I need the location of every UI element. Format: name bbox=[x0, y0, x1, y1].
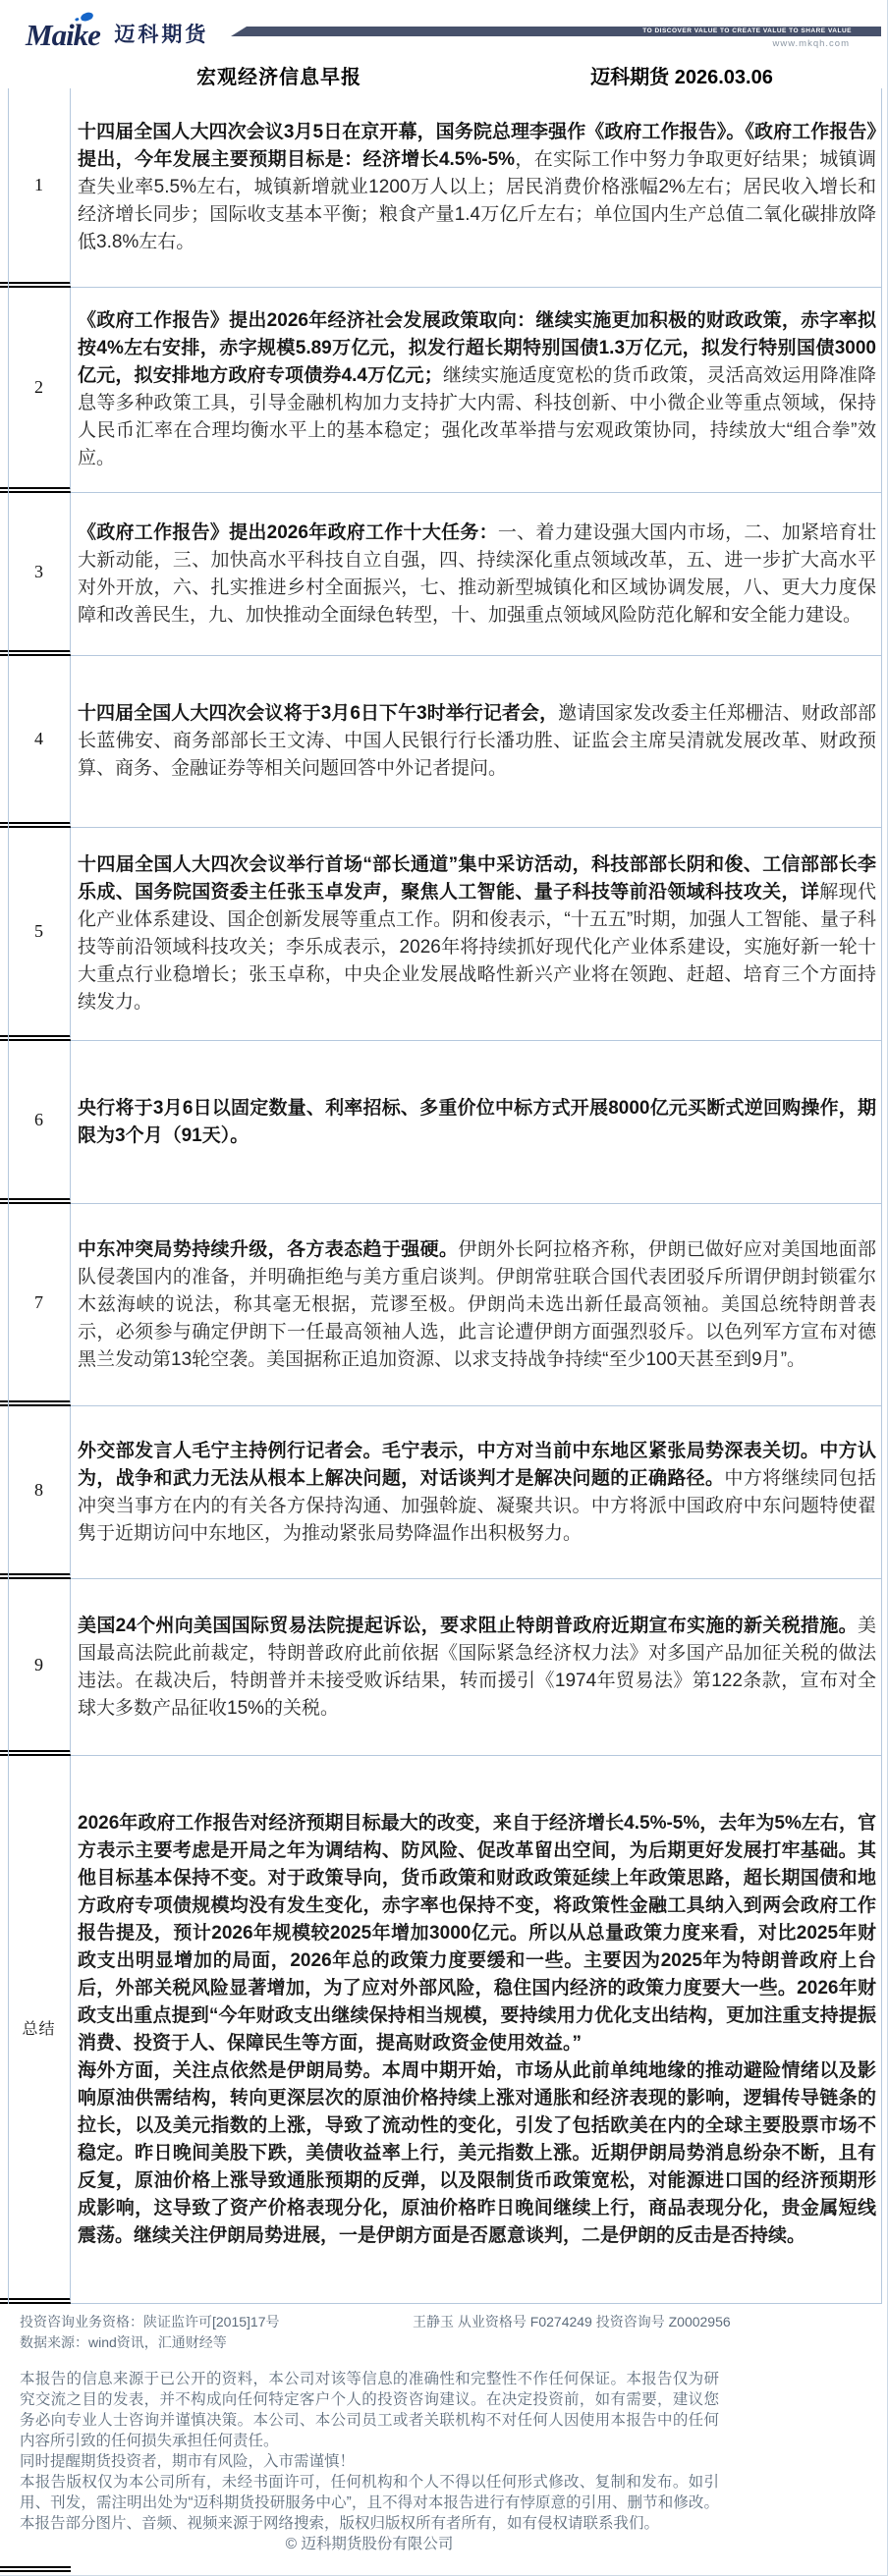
table-row: 4 十四届全国人大四次会议将于3月6日下午3时举行记者会，邀请国家发改委主任郑栅… bbox=[0, 656, 882, 828]
row-content: 美国24个州向美国国际贸易法院提起诉讼，要求阻止特朗普政府近期宣布实施的新关税措… bbox=[71, 1579, 882, 1756]
row-content: 中东冲突局势持续升级，各方表态趋于强硬。伊朗外长阿拉格齐称，伊朗已做好应对美国地… bbox=[71, 1204, 882, 1406]
row-content: 十四届全国人大四次会议举行首场“部长通道”集中采访活动，科技部部长阴和俊、工信部… bbox=[71, 828, 882, 1041]
row-number: 7 bbox=[0, 1204, 71, 1406]
page-title: 宏观经济信息早报 bbox=[196, 61, 361, 89]
row-bold-text: 十四届全国人大四次会议举行首场“部长通道”集中采访活动，科技部部长阴和俊、工信部… bbox=[78, 854, 876, 903]
summary-paragraph-1: 2026年政府工作报告对经济预期目标最大的改变，来自于经济增长4.5%-5%，去… bbox=[78, 1810, 876, 2057]
row-content: 《政府工作报告》提出2026年经济社会发展政策取向：继续实施更加积极的财政政策，… bbox=[71, 288, 882, 493]
row-number: 9 bbox=[0, 1579, 71, 1756]
table-row: 3 《政府工作报告》提出2026年政府工作十大任务：一、着力建设强大国内市场，二… bbox=[0, 493, 882, 656]
bottom-page-mark bbox=[0, 2566, 71, 2572]
table-row: 2 《政府工作报告》提出2026年经济社会发展政策取向：继续实施更加积极的财政政… bbox=[0, 288, 882, 493]
slogan-banner: TO DISCOVER VALUE TO CREATE VALUE TO SHA… bbox=[231, 27, 881, 36]
logo-text-en: Maike bbox=[26, 18, 100, 52]
row-content: 十四届全国人大四次会议3月5日在京开幕，国务院总理李强作《政府工作报告》。《政府… bbox=[71, 88, 882, 288]
table-row: 9 美国24个州向美国国际贸易法院提起诉讼，要求阻止特朗普政府近期宣布实施的新关… bbox=[0, 1579, 882, 1756]
row-number: 5 bbox=[0, 828, 71, 1041]
logo-text-cn: 迈科期货 bbox=[114, 24, 208, 46]
disclaimer-paragraph-2: 同时提醒期货投资者，期市有风险，入市需谨慎！ bbox=[20, 2451, 719, 2472]
analyst-credentials: 王静玉 从业资格号 F0274249 投资咨询号 Z0002956 bbox=[413, 2312, 731, 2331]
row-content: 央行将于3月6日以固定数量、利率招标、多重价位中标方式开展8000亿元买断式逆回… bbox=[71, 1041, 882, 1204]
table-row: 8 外交部发言人毛宁主持例行记者会。毛宁表示，中方对当前中东地区紧张局势深表关切… bbox=[0, 1406, 882, 1579]
table-row: 1 十四届全国人大四次会议3月5日在京开幕，国务院总理李强作《政府工作报告》。《… bbox=[0, 88, 882, 288]
row-number: 3 bbox=[0, 493, 71, 656]
table-row: 7 中东冲突局势持续升级，各方表态趋于强硬。伊朗外长阿拉格齐称，伊朗已做好应对美… bbox=[0, 1204, 882, 1406]
row-bold-text: 十四届全国人大四次会议将于3月6日下午3时举行记者会， bbox=[78, 703, 558, 724]
disclaimer-paragraph-1: 本报告的信息来源于已公开的资料，本公司对该等信息的准确性和完整性不作任何保证。本… bbox=[20, 2369, 719, 2451]
report-footer: 投资咨询业务资格：陕证监许可[2015]17号 王静玉 从业资格号 F02742… bbox=[0, 2304, 887, 2554]
slogan-text: TO DISCOVER VALUE TO CREATE VALUE TO SHA… bbox=[642, 27, 852, 34]
website-url: www.mkqh.com bbox=[772, 38, 850, 49]
row-number: 8 bbox=[0, 1406, 71, 1579]
summary-row: 总结 2026年政府工作报告对经济预期目标最大的改变，来自于经济增长4.5%-5… bbox=[0, 1756, 882, 2304]
table-left-guideline bbox=[8, 88, 9, 2304]
report-header: Maike 迈科期货 TO DISCOVER VALUE TO CREATE V… bbox=[0, 0, 887, 59]
maike-logo: Maike 迈科期货 bbox=[26, 18, 208, 53]
license-line: 投资咨询业务资格：陕证监许可[2015]17号 王静玉 从业资格号 F02742… bbox=[20, 2312, 887, 2332]
row-bold-text: 中东冲突局势持续升级，各方表态趋于强硬。 bbox=[78, 1239, 458, 1260]
row-number: 6 bbox=[0, 1041, 71, 1204]
brand-date: 迈科期货 2026.03.06 bbox=[590, 61, 773, 89]
row-content: 十四届全国人大四次会议将于3月6日下午3时举行记者会，邀请国家发改委主任郑栅洁、… bbox=[71, 656, 882, 828]
summary-paragraph-2: 海外方面，关注点依然是伊朗局势。本周中期开始，市场从此前单纯地缘的推动避险情绪以… bbox=[78, 2057, 876, 2250]
title-bar: 宏观经济信息早报 迈科期货 2026.03.06 bbox=[0, 59, 887, 88]
summary-label: 总结 bbox=[0, 1756, 71, 2304]
copyright-line: © 迈科期货股份有限公司 bbox=[20, 2534, 719, 2554]
row-bold-text: 央行将于3月6日以固定数量、利率招标、多重价位中标方式开展8000亿元买断式逆回… bbox=[78, 1098, 876, 1146]
row-content: 《政府工作报告》提出2026年政府工作十大任务：一、着力建设强大国内市场，二、加… bbox=[71, 493, 882, 656]
license-text: 投资咨询业务资格：陕证监许可[2015]17号 bbox=[20, 2314, 280, 2329]
table-row: 5 十四届全国人大四次会议举行首场“部长通道”集中采访活动，科技部部长阴和俊、工… bbox=[0, 828, 882, 1041]
row-number: 2 bbox=[0, 288, 71, 493]
row-bold-text: 《政府工作报告》提出2026年政府工作十大任务： bbox=[78, 522, 498, 543]
disclaimer-paragraph-3: 本报告版权仅为本公司所有，未经书面许可，任何机构和个人不得以任何形式修改、复制和… bbox=[20, 2472, 719, 2534]
row-number: 4 bbox=[0, 656, 71, 828]
table-row: 6 央行将于3月6日以固定数量、利率招标、多重价位中标方式开展8000亿元买断式… bbox=[0, 1041, 882, 1204]
row-content: 外交部发言人毛宁主持例行记者会。毛宁表示，中方对当前中东地区紧张局势深表关切。中… bbox=[71, 1406, 882, 1579]
data-source-line: 数据来源：wind资讯，汇通财经等 bbox=[20, 2332, 887, 2353]
news-table: 1 十四届全国人大四次会议3月5日在京开幕，国务院总理李强作《政府工作报告》。《… bbox=[0, 88, 882, 2304]
row-bold-text: 美国24个州向美国国际贸易法院提起诉讼，要求阻止特朗普政府近期宣布实施的新关税措… bbox=[78, 1616, 858, 1636]
row-number: 1 bbox=[0, 88, 71, 288]
report-page: Maike 迈科期货 TO DISCOVER VALUE TO CREATE V… bbox=[0, 0, 888, 2576]
row-content: 2026年政府工作报告对经济预期目标最大的改变，来自于经济增长4.5%-5%，去… bbox=[71, 1756, 882, 2304]
